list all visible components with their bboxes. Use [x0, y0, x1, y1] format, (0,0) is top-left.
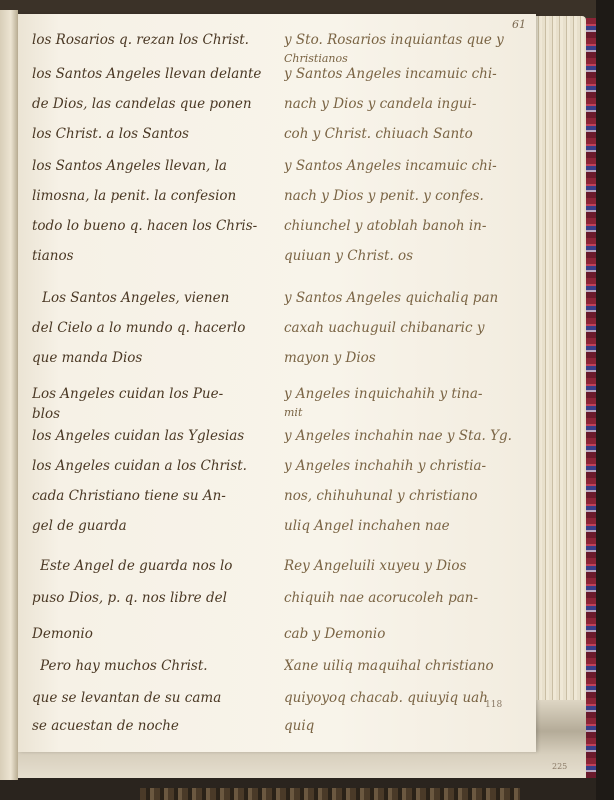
kiche-text: chiquih nae acorucoleh pan-	[284, 590, 534, 606]
kiche-text: caxah uachuguil chibanaric y	[284, 320, 534, 336]
kiche-text: y Santos Angeles quichaliq pan	[284, 290, 534, 306]
text-line: se acuestan de nochequiq	[18, 718, 536, 748]
kiche-text: y Angeles inchahin nae y Sta. Yg.	[284, 428, 534, 444]
kiche-text: y Angeles inquichahih y tina-	[284, 386, 534, 402]
spanish-text: que manda Dios	[32, 350, 288, 366]
kiche-text: chiunchel y atoblah banoh in-	[284, 218, 534, 234]
text-line: Pero hay muchos Christ.Xane uiliq maquih…	[18, 658, 536, 688]
page-count-number: 118	[485, 700, 502, 710]
text-line: tianosquiuan y Christ. os	[18, 248, 536, 278]
text-line: que manda Diosmayon y Dios	[18, 350, 536, 380]
spanish-text: blos	[32, 406, 288, 422]
text-line: Los Santos Angeles, vieneny Santos Angel…	[18, 290, 536, 320]
kiche-text: uliq Angel inchahen nae	[284, 518, 534, 534]
text-line: los Christ. a los Santoscoh y Christ. ch…	[18, 126, 536, 156]
cover-bottom-edge	[140, 788, 520, 800]
kiche-text: quiq	[284, 718, 534, 734]
text-line: limosna, la penit. la confesionnach y Di…	[18, 188, 536, 218]
kiche-text: quiuan y Christ. os	[284, 248, 534, 264]
kiche-text: nach y Dios y penit. y confes.	[284, 188, 534, 204]
left-page-edge	[0, 10, 18, 780]
manuscript-page: 61 los Rosarios q. rezan los Christ.y St…	[18, 14, 536, 752]
spanish-text: cada Christiano tiene su An-	[32, 488, 288, 504]
page-stack-edge	[528, 16, 586, 776]
text-line: Demoniocab y Demonio	[18, 626, 536, 656]
spanish-text: Pero hay muchos Christ.	[40, 658, 296, 674]
text-line: del Cielo a lo mundo q. hacerlocaxah uac…	[18, 320, 536, 350]
text-line: todo lo bueno q. hacen los Chris-chiunch…	[18, 218, 536, 248]
kiche-text: coh y Christ. chiuach Santo	[284, 126, 534, 142]
spanish-text: puso Dios, p. q. nos libre del	[32, 590, 288, 606]
kiche-text: Xane uiliq maquihal christiano	[284, 658, 534, 674]
kiche-text: mayon y Dios	[284, 350, 534, 366]
spanish-text: se acuestan de noche	[32, 718, 288, 734]
text-line: puso Dios, p. q. nos libre delchiquih na…	[18, 590, 536, 620]
text-line: los Angeles cuidan a los Christ.y Angele…	[18, 458, 536, 488]
text-line: cada Christiano tiene su An-nos, chihuhu…	[18, 488, 536, 518]
text-line: Este Angel de guarda nos loRey Angeluili…	[18, 558, 536, 588]
kiche-text: Rey Angeluili xuyeu y Dios	[284, 558, 534, 574]
spanish-text: Los Santos Angeles, vienen	[42, 290, 298, 306]
kiche-text: nos, chihuhunal y christiano	[284, 488, 534, 504]
archive-stamp-number: 225	[552, 762, 567, 771]
kiche-text: nach y Dios y candela ingui-	[284, 96, 534, 112]
spanish-text: de Dios, las candelas que ponen	[32, 96, 288, 112]
spanish-text: los Angeles cuidan a los Christ.	[32, 458, 288, 474]
spanish-text: Demonio	[32, 626, 288, 642]
kiche-text: y Sto. Rosarios inquiantas que y	[284, 32, 534, 48]
spanish-text: los Santos Angeles llevan, la	[32, 158, 288, 174]
spanish-text: tianos	[32, 248, 288, 264]
text-line: los Santos Angeles llevan, lay Santos An…	[18, 158, 536, 188]
text-line: de Dios, las candelas que ponennach y Di…	[18, 96, 536, 126]
spanish-text: gel de guarda	[32, 518, 288, 534]
kiche-text: Christianos	[284, 52, 534, 65]
spanish-text: que se levantan de su cama	[32, 690, 288, 706]
kiche-text: y Angeles inchahih y christia-	[284, 458, 534, 474]
spanish-text: los Rosarios q. rezan los Christ.	[32, 32, 288, 48]
spanish-text: todo lo bueno q. hacen los Chris-	[32, 218, 288, 234]
text-line: los Angeles cuidan las Yglesiasy Angeles…	[18, 428, 536, 458]
kiche-text: mit	[284, 406, 534, 419]
kiche-text: cab y Demonio	[284, 626, 534, 642]
background-shadow	[596, 0, 614, 800]
spanish-text: los Angeles cuidan las Yglesias	[32, 428, 288, 444]
marbled-page-edge	[586, 18, 596, 778]
text-line: los Santos Angeles llevan delantey Santo…	[18, 66, 536, 96]
spanish-text: Los Angeles cuidan los Pue-	[32, 386, 288, 402]
folio-number: 61	[512, 18, 526, 31]
spanish-text: limosna, la penit. la confesion	[32, 188, 288, 204]
text-line: gel de guardauliq Angel inchahen nae	[18, 518, 536, 548]
spanish-text: Este Angel de guarda nos lo	[40, 558, 296, 574]
spanish-text: los Santos Angeles llevan delante	[32, 66, 288, 82]
spanish-text: del Cielo a lo mundo q. hacerlo	[32, 320, 288, 336]
spanish-text: los Christ. a los Santos	[32, 126, 288, 142]
kiche-text: y Santos Angeles incamuic chi-	[284, 66, 534, 82]
kiche-text: y Santos Angeles incamuic chi-	[284, 158, 534, 174]
text-line: que se levantan de su camaquiyoyoq chaca…	[18, 690, 536, 720]
